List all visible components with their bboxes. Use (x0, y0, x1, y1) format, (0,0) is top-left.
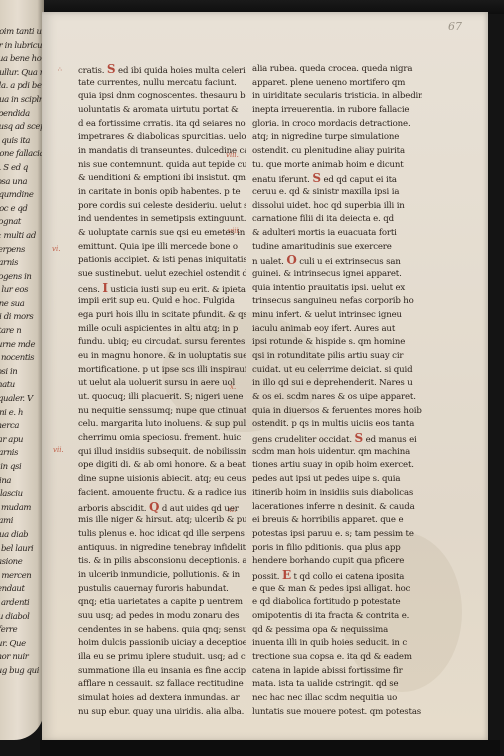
text-line: tiones artiu suay in opib hoim exercet. (252, 459, 422, 473)
text-line: inuenta illi in quib hoies seducit. in c (252, 637, 422, 651)
text-line: inepta irreuerentia. in rubore fallacie (252, 104, 422, 118)
text-line: pustulis cauernay furoris habundat. (78, 583, 246, 597)
facing-line: gina (0, 475, 42, 489)
facing-line: cami (0, 515, 42, 529)
text-line: quia in diuersos & feruentes mores hoib (252, 405, 422, 419)
text-line: & os ei. scdm nares & os uipe apparet. (252, 391, 422, 405)
text-line: catena in lapide abissi fortissime fir (252, 665, 422, 679)
facing-line: ar in lubricum (0, 40, 42, 54)
text-line: nec hac nec illac scdm nequitia uo (252, 692, 422, 706)
facing-line: s in qsi (0, 461, 42, 475)
text-line: & adulteri mortis ia euacuata forti (252, 227, 422, 241)
text-line: ope digiti di. & ab omi honore. & a beat… (78, 459, 246, 473)
facing-line: carnis (0, 447, 42, 461)
text-line: in caritate in bonis opib habentes. p te (78, 186, 246, 200)
facing-line: cognat (0, 216, 42, 230)
facing-line: a ardenti (0, 597, 42, 611)
facing-line: rar apu (0, 434, 42, 448)
margin-rubric: vii. (53, 446, 64, 454)
facing-line: e. S ed q (0, 162, 42, 176)
facing-line: serpens (0, 244, 42, 258)
text-line: qnq; etia uarietates a capite p uentrem (78, 596, 246, 610)
facing-line: r lasciu (0, 488, 42, 502)
text-line: pore cordis sui celeste desideriu. uelut… (78, 200, 246, 214)
text-line: fundu. ubiq; eu circudat. sursu ferentes (78, 336, 246, 350)
text-line: enatu iferunt. S ed qd caput ei ita (252, 172, 422, 186)
text-line: pedes aut ipsi ut pedes uipe s. quia (252, 473, 422, 487)
text-line: ut. quocuq; illi placuerit. S; nigeri ue… (78, 391, 246, 405)
facing-line: qua diab (0, 529, 42, 543)
facing-line: sferre (0, 624, 42, 638)
text-line: ut uelut ala uoluerit sursu in aere uol (78, 377, 246, 391)
text-line: qsi in rotunditate pilis artiu suay cir (252, 350, 422, 364)
text-line: tulis plenus e. hoc idicat qd ille serpe… (78, 528, 246, 542)
text-line: d ea fortissime crratis. ita qd seiares … (78, 118, 246, 132)
red-initial: S (107, 63, 116, 76)
text-line: in illo qd sui e deprehenderit. Nares u (252, 377, 422, 391)
text-line: guinei. & intrinsecus ignei apparet. (252, 268, 422, 282)
text-line: impii erit sup eu. Quid e hoc. Fulgida (78, 295, 246, 309)
facing-line: spendida (0, 108, 42, 122)
text-column-left: cratis. S ed ibi quida hoies multa celer… (78, 63, 246, 719)
text-line: minu infert. & uelut intrinsec igneu (252, 309, 422, 323)
text-column-right: alia rubea. queda crocea. queda nigraapp… (252, 63, 422, 719)
margin-mark: ∴ (58, 66, 62, 73)
text-line: impetrares & diabolicas spurcitias. uelo… (78, 131, 246, 145)
text-line: quia ipsi dnm cognoscentes. thesauru bon… (78, 90, 246, 104)
facing-line: i usq ad sceptu (0, 121, 42, 135)
text-line: iaculu animab eoy ifert. Aures aut (252, 323, 422, 337)
text-line: poris in filio pditionis. qua plus app (252, 542, 422, 556)
text-line: luntatis sue mouere potest. qm potestas (252, 706, 422, 720)
text-line: ceruu e. qd & sinistr maxilla ipsi ia (252, 186, 422, 200)
text-line: pationis accipiet. & isti penas iniquita… (78, 254, 246, 268)
text-line: ei breuis & horribilis apparet. que e (252, 514, 422, 528)
text-line: cherrimu omia speciosu. frement. huic (78, 432, 246, 446)
text-line: dissolui uidet. hoc qd superbia illi in (252, 200, 422, 214)
text-line: cendentes in se habens. quia qnq; sensus (78, 624, 246, 638)
text-line: ostendit. cu plenitudine aliay puirita (252, 145, 422, 159)
facing-line: su diabol (0, 611, 42, 625)
facing-line: p mercen (0, 570, 42, 584)
text-line: nu nequitie senssumq; nupe que ctinuat (78, 405, 246, 419)
margin-rubric: vi. (52, 245, 60, 253)
facing-line: uni e. h (0, 407, 42, 421)
text-line: in mandatis di transeuntes. dulcedine ca… (78, 145, 246, 159)
text-line: trinsecus sanguineu nefas corporib ho (252, 295, 422, 309)
text-line: mata. ista ta ualide cstringit. qd se (252, 678, 422, 692)
text-line: omipotentis di ita fracta & contrita e. (252, 610, 422, 624)
text-line: gens crudeliter occidat. S ed manus ei (252, 432, 422, 446)
text-line: qui illud insidiis subsequit. de nobilis… (78, 446, 246, 460)
text-line: ega puri hois illu in scitate pfundit. &… (78, 309, 246, 323)
text-line: ind uendentes in semetipsis extinguunt. (78, 213, 246, 227)
text-line: ostendit. p qs in multis uiciis eos tant… (252, 418, 422, 432)
red-initial: S (312, 172, 321, 185)
facing-line: ipsi in (0, 366, 42, 380)
facing-line: carnis (0, 257, 42, 271)
text-line: afflare n cessauit. sz fallace rectitudi… (78, 678, 246, 692)
text-line: facient. amouente fructu. & a radice ius… (78, 487, 246, 501)
facing-line: & multi ad (0, 230, 42, 244)
text-line: mortificatione. p ut ipse scs illi inspi… (78, 364, 246, 378)
text-line: itinerib hoim in insidiis suis diabolica… (252, 487, 422, 501)
text-line: antiquus. in nigredine tenebray infideli… (78, 542, 246, 556)
facing-line: nullur. Qua mort (0, 67, 42, 81)
facing-line: sua bene hom (0, 53, 42, 67)
facing-line: a mudam (0, 502, 42, 516)
facing-line: aqumdine (0, 189, 42, 203)
text-line: cratis. S ed ibi quida hoies multa celer… (78, 63, 246, 77)
facing-line: stare n (0, 325, 42, 339)
text-line: e que & man & pedes ipsi alligat. hoc (252, 583, 422, 597)
text-line: nu sup ebur. quay una uiridis. alia alba… (78, 706, 246, 720)
text-line: illa eu se primu iplere studuit. usq; ad… (78, 651, 246, 665)
text-line: tate currentes, nullu mercatu faciunt. (78, 77, 246, 91)
text-line: uoluntatis & aromata uirtutu portat & (78, 104, 246, 118)
text-line: in ulcerib inmundicie, pollutionis. & in (78, 569, 246, 583)
text-line: n ualet. O culi u ei extrinsecus san (252, 254, 422, 268)
facing-line: mor nuir (0, 651, 42, 665)
facing-line: hoc e qd (0, 203, 42, 217)
facing-line: ui di mors (0, 311, 42, 325)
text-line: scdm man hois uidentur. qm machina (252, 446, 422, 460)
facing-line: tione fallacia (0, 148, 42, 162)
text-line: trectione sua copsa e. ita qd & eadem (252, 651, 422, 665)
text-line: atq; in nigredine turpe simulatione (252, 131, 422, 145)
text-line: possit. E t qd collo ei catena iposita (252, 569, 422, 583)
text-line: tu. que morte animab hoim e dicunt (252, 159, 422, 173)
text-line: tudine amaritudinis sue exercere (252, 241, 422, 255)
text-line: gloria. in croco mordacis detractione. (252, 118, 422, 132)
text-line: suu usq; ad pedes in modu zonaru des (78, 610, 246, 624)
red-initial: Q (149, 501, 159, 514)
facing-line: a nocentis (0, 352, 42, 366)
text-line: sue sustinebut. uelut ezechiel ostendit … (78, 268, 246, 282)
text-line: potestas ipsi paruu e. s; tam pessim te (252, 528, 422, 542)
facing-line: fug bug qui (0, 665, 42, 679)
facing-line: merca (0, 420, 42, 434)
text-line: alia rubea. queda crocea. queda nigra (252, 63, 422, 77)
facing-line: one sua (0, 298, 42, 312)
text-line: mis ille niger & hirsut. atq; ulcerib & … (78, 514, 246, 528)
facing-line: cogens in (0, 271, 42, 285)
text-line: nis sue contemnunt. quida aut tepide cur… (78, 159, 246, 173)
red-initial: E (282, 569, 291, 582)
text-line: eu in magnu honore. & in uoluptatis sue (78, 350, 246, 364)
facing-line: squaler. V (0, 393, 42, 407)
facing-line: tasione (0, 556, 42, 570)
facing-line: tur. Que (0, 638, 42, 652)
text-line: cens. I usticia iusti sup eu erit. & ipi… (78, 282, 246, 296)
facing-line: qua in sciplra (0, 94, 42, 108)
facing-line: n quis ita (0, 135, 42, 149)
facing-line: illa. a pdi ber (0, 80, 42, 94)
text-line: e qd diabolica fortitudo p potestate (252, 596, 422, 610)
text-line: cuidat. ut eu celerrime deiciat. si quid (252, 364, 422, 378)
text-line: quia intentio prauitatis ipsi. uelut ex (252, 282, 422, 296)
facing-page-text: hoim tanti uigar in lubricumsua bene hom… (0, 26, 42, 679)
text-line: hoim dulcis passionib uiciay a deceptioe (78, 637, 246, 651)
facing-line: hoim tanti uig (0, 26, 42, 40)
red-initial: I (102, 282, 107, 295)
text-line: dine supne uisionis abiecit. atq; eu ceu… (78, 473, 246, 487)
text-line: simulat hoies ad dextera inmundas. ar (78, 692, 246, 706)
text-line: celu. margarita luto inoluens. & sup pul (78, 418, 246, 432)
text-line: carnatione filii di ita deiecta e. qd (252, 213, 422, 227)
facing-line: a bel lauri (0, 543, 42, 557)
facing-line: turne mde (0, 339, 42, 353)
text-line: in uiriditate secularis tristicia. in al… (252, 90, 422, 104)
text-line: lacerationes inferre n desinit. & cauda (252, 501, 422, 515)
text-line: arboris abscidit. Q d aut uides qd uer (78, 501, 246, 515)
text-line: tis. & in pilis absconsionu deceptionis.… (78, 555, 246, 569)
text-line: ipsi rotunde & hispide s. qm homine (252, 336, 422, 350)
red-initial: S (355, 432, 364, 445)
text-line: summatione illa eu insania es fine accip… (78, 665, 246, 679)
dark-background-bottom (40, 740, 500, 756)
text-line: qd & pessima opa & nequissima (252, 624, 422, 638)
facing-line: tendaut (0, 583, 42, 597)
text-line: mille oculi aspicientes in altu atq; in … (78, 323, 246, 337)
facing-line: tnatu (0, 379, 42, 393)
facing-page-edge: hoim tanti uigar in lubricumsua bene hom… (0, 0, 44, 740)
text-line: emittunt. Quia ipe illi mercede bone o (78, 241, 246, 255)
text-line: & uenditioni & emptioni ibi insistut. qm (78, 172, 246, 186)
text-line: apparet. plene ueneno mortifero qm (252, 77, 422, 91)
text-line: hendere borhando cupit qua pficere (252, 555, 422, 569)
facing-line: n lur eos (0, 284, 42, 298)
text-line: & uoluptate carnis sue qsi eu emetes in … (78, 227, 246, 241)
red-initial: O (286, 254, 296, 267)
folio-number: 67 (448, 20, 462, 33)
facing-line: ipsa una (0, 176, 42, 190)
